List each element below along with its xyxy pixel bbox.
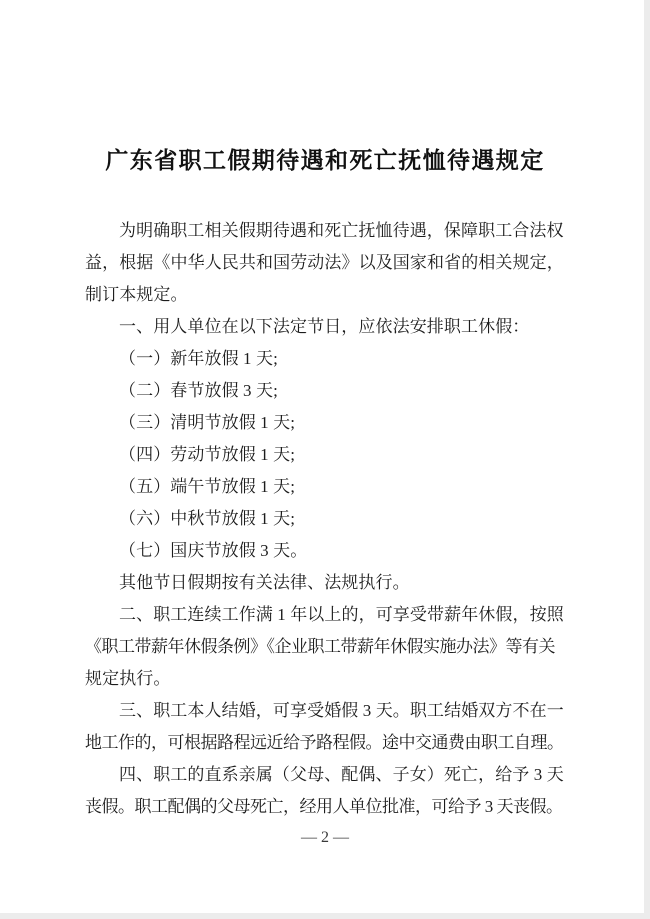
text-line: 《职工带薪年休假条例》《企业职工带薪年休假实施办法》等有关 bbox=[85, 631, 565, 663]
text-line-holiday-item: （三）清明节放假 1 天; bbox=[85, 407, 565, 439]
text-line: 一、用人单位在以下法定节日，应依法安排职工休假： bbox=[85, 311, 565, 343]
page-number: — 2 — bbox=[0, 828, 650, 848]
text-line: 制订本规定。 bbox=[85, 279, 565, 311]
scan-edge-bottom bbox=[0, 913, 650, 919]
text-line: 二、职工连续工作满 1 年以上的，可享受带薪年休假，按照 bbox=[85, 599, 565, 631]
document-page: 广东省职工假期待遇和死亡抚恤待遇规定 为明确职工相关假期待遇和死亡抚恤待遇，保障… bbox=[0, 0, 650, 919]
text-line: 三、职工本人结婚，可享受婚假 3 天。职工结婚双方不在一 bbox=[85, 695, 565, 727]
text-line-holiday-item: （七）国庆节放假 3 天。 bbox=[85, 535, 565, 567]
text-line: 其他节日假期按有关法律、法规执行。 bbox=[85, 567, 565, 599]
text-line-holiday-item: （一）新年放假 1 天; bbox=[85, 343, 565, 375]
text-line-holiday-item: （二）春节放假 3 天; bbox=[85, 375, 565, 407]
text-line: 地工作的，可根据路程远近给予路程假。途中交通费由职工自理。 bbox=[85, 727, 565, 759]
text-line-holiday-item: （四）劳动节放假 1 天; bbox=[85, 439, 565, 471]
document-body: 为明确职工相关假期待遇和死亡抚恤待遇，保障职工合法权 益，根据《中华人民共和国劳… bbox=[85, 215, 565, 823]
text-line: 为明确职工相关假期待遇和死亡抚恤待遇，保障职工合法权 bbox=[85, 215, 565, 247]
text-line: 规定执行。 bbox=[85, 663, 565, 695]
text-line-holiday-item: （五）端午节放假 1 天; bbox=[85, 471, 565, 503]
document-title: 广东省职工假期待遇和死亡抚恤待遇规定 bbox=[0, 145, 650, 177]
text-line-holiday-item: （六）中秋节放假 1 天; bbox=[85, 503, 565, 535]
text-line: 丧假。职工配偶的父母死亡，经用人单位批准，可给予 3 天丧假。 bbox=[85, 791, 565, 823]
scan-edge-right bbox=[644, 0, 650, 919]
text-line: 四、职工的直系亲属（父母、配偶、子女）死亡，给予 3 天 bbox=[85, 759, 565, 791]
text-line: 益，根据《中华人民共和国劳动法》以及国家和省的相关规定， bbox=[85, 247, 565, 279]
